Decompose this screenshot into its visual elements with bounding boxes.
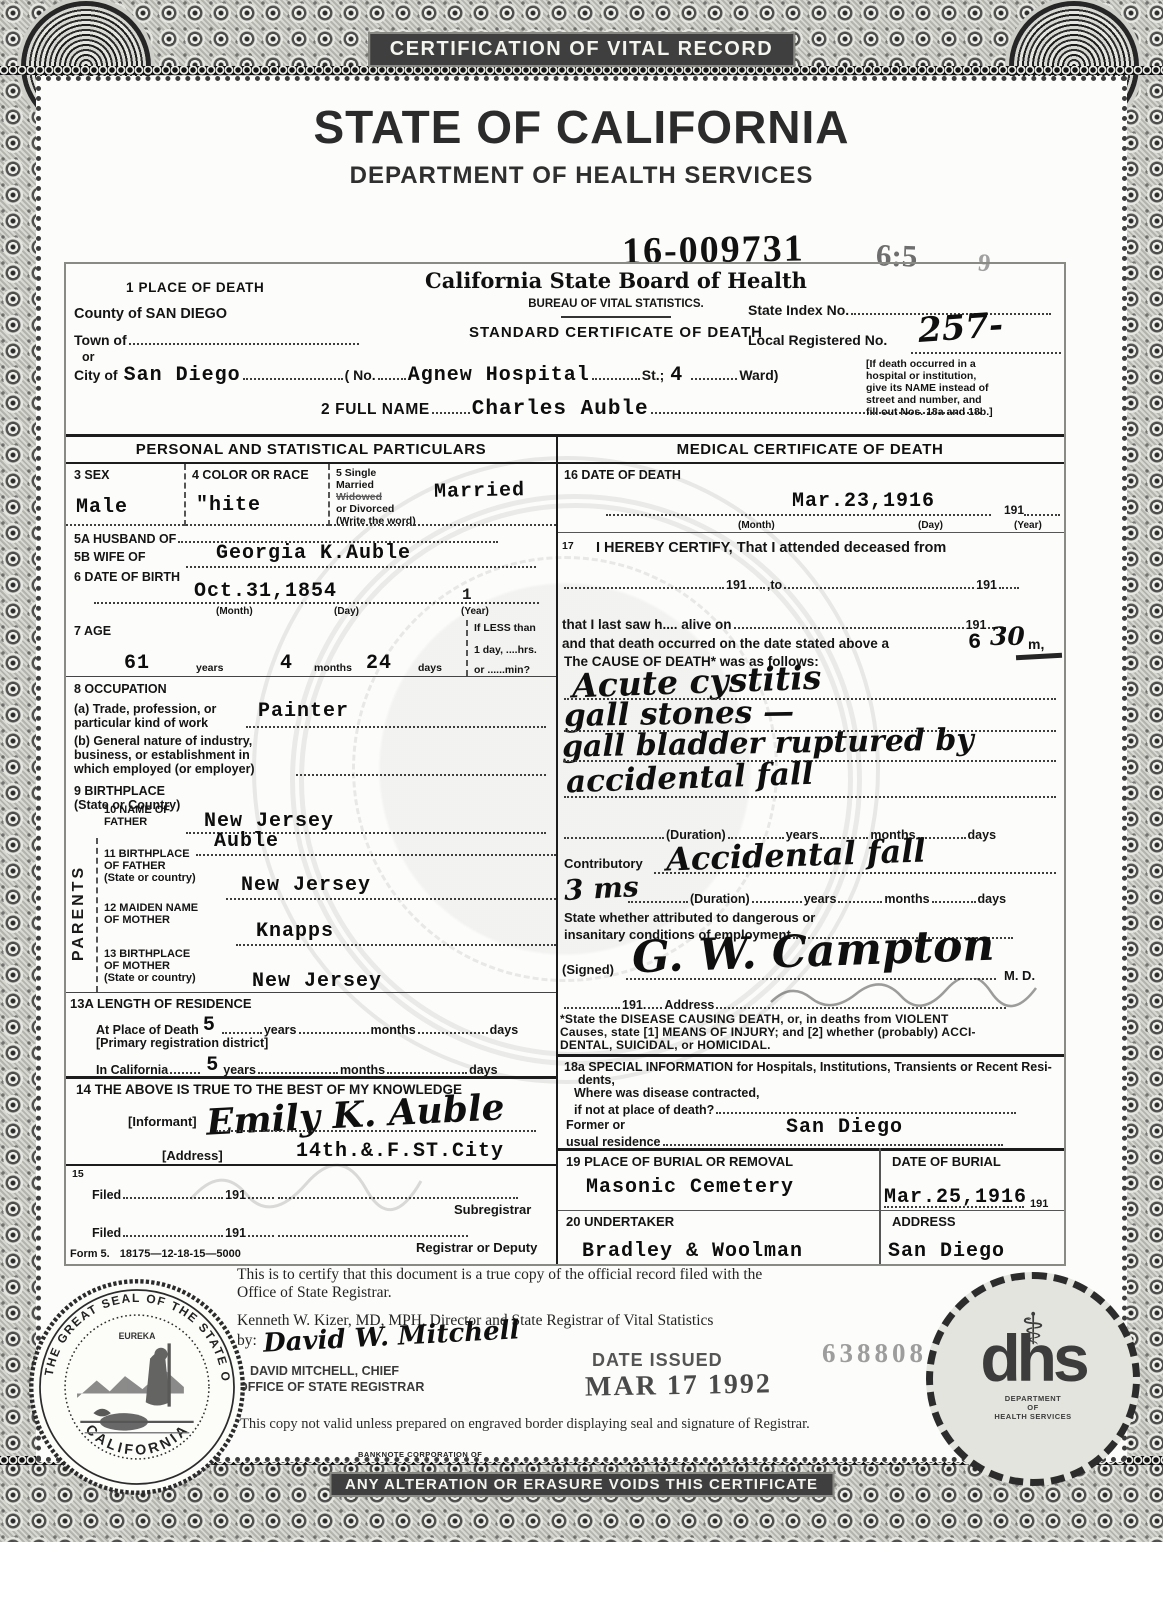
- mother-bp-label-1: 13 BIRTHPLACE: [104, 948, 196, 960]
- burial-place-label: 19 PLACE OF BURIAL OR REMOVAL: [566, 1154, 793, 1169]
- in-cal-months: months: [340, 1063, 385, 1077]
- dur2-blank0: [628, 888, 688, 903]
- burial-date-underline: [884, 1206, 1024, 1208]
- in-cal-days: days: [469, 1063, 498, 1077]
- res-blank1: [222, 1019, 262, 1034]
- state-title: STATE OF CALIFORNIA: [313, 100, 849, 154]
- undertaker-address-value: San Diego: [888, 1240, 1005, 1263]
- mother-name-label-2: OF MOTHER: [104, 914, 198, 926]
- res-blank3: [418, 1019, 488, 1034]
- primary-district-label: [Primary registration district]: [96, 1036, 268, 1050]
- form-number: Form 5.: [70, 1248, 110, 1260]
- wife-value: Georgia K.Auble: [216, 542, 411, 565]
- at-place-label: At Place of Death: [96, 1023, 199, 1037]
- dob-day-label: (Day): [334, 606, 359, 618]
- at-place-days: days: [490, 1023, 519, 1037]
- marital-option-widowed: Widowed: [336, 491, 416, 503]
- if-less-label: If LESS than: [474, 622, 536, 634]
- special-line-2: dents,: [578, 1073, 615, 1087]
- death-minute: 30: [990, 622, 1025, 651]
- last-saw-text: that I last saw h.... alive on: [562, 617, 732, 632]
- parents-vertical-label: PARENTS: [70, 838, 88, 988]
- mother-name-value: Knapps: [256, 920, 334, 943]
- no-label: ( No.: [345, 367, 376, 383]
- serial-number: 638808: [822, 1338, 927, 1369]
- column-divider: [556, 434, 558, 1264]
- footnote-line-1: *State the DISEASE CAUSING DEATH, or, in…: [560, 1012, 949, 1026]
- undertaker-rule: [558, 1210, 1064, 1211]
- attended-191a: 191: [726, 578, 747, 592]
- father-name-label-2: FATHER: [104, 816, 170, 828]
- banknote-microprint: BANKNOTE CORPORATION OF: [358, 1450, 482, 1459]
- town-blank: [129, 330, 359, 345]
- contributory-underline: [654, 872, 1056, 874]
- age-years-label: years: [196, 662, 223, 674]
- bottom-banner-text: ANY ALTERATION OR ERASURE VOIDS THIS CER…: [345, 1476, 818, 1493]
- age-months-label: months: [314, 662, 352, 674]
- parents-strip-divider: [96, 838, 98, 992]
- faint-scrawl-address: [766, 978, 1056, 1012]
- father-name-label: 10 NAME OF FATHER: [104, 804, 170, 828]
- dod-year-label: (Year): [1014, 520, 1042, 532]
- contracted-line-1: Where was disease contracted,: [574, 1086, 760, 1100]
- faint-scrawl-filed: [186, 1159, 426, 1219]
- sex-race-divider: [184, 464, 186, 526]
- father-name-value: Auble: [214, 830, 279, 853]
- dur2-blank2: [838, 888, 882, 903]
- personal-section-title: PERSONAL AND STATISTICAL PARTICULARS: [66, 441, 556, 458]
- age-row-rule: [66, 676, 556, 677]
- footer-certify-line-1: This is to certify that this document is…: [237, 1266, 762, 1284]
- signed-label: (Signed): [562, 962, 614, 977]
- ca-seal-eureka-text: EUREKA: [119, 1331, 157, 1341]
- footer-validity-line: This copy not valid unless prepared on e…: [240, 1416, 810, 1433]
- dhs-logo: dhs ⚕: [980, 1338, 1085, 1386]
- special-rule: [558, 1054, 1064, 1057]
- footer-chief-line: DAVID MITCHELL, CHIEF: [250, 1364, 399, 1378]
- age-months-value: 4: [280, 652, 293, 675]
- town-line: Town of: [74, 330, 361, 348]
- subregistrar-label: Subregistrar: [454, 1202, 531, 1217]
- mother-name-label: 12 MAIDEN NAME OF MOTHER: [104, 902, 198, 926]
- marital-options: 5 Single Married Widowed or Divorced (Wr…: [336, 467, 416, 527]
- race-value: "hite: [196, 494, 261, 517]
- no-blank: [378, 365, 406, 380]
- hospital-note-line3: give its NAME instead of: [866, 382, 1061, 394]
- city-blank: [243, 365, 343, 380]
- race-label: 4 COLOR OR RACE: [192, 468, 309, 482]
- dob-label: 6 DATE OF BIRTH: [74, 570, 180, 584]
- father-bp-value: New Jersey: [241, 874, 371, 897]
- occ-b-underline: [296, 774, 546, 776]
- in-cal-value: 5: [206, 1054, 219, 1077]
- st-number: 4: [670, 364, 683, 387]
- marital-value: Married: [434, 479, 525, 504]
- death-m-underline: [1016, 653, 1062, 660]
- mother-underline: [236, 944, 556, 946]
- dod-underline-2: [1024, 514, 1060, 516]
- mother-bp-label: 13 BIRTHPLACE OF MOTHER (State or countr…: [104, 948, 196, 984]
- duration-line-2: (Duration) years months days: [626, 888, 1006, 906]
- occ-b-line2: business, or establishment in: [74, 748, 250, 762]
- date-issued-stamp: MAR 17 1992: [585, 1368, 772, 1403]
- top-banner: CERTIFICATION OF VITAL RECORD: [368, 32, 796, 67]
- cal-blank2: [258, 1059, 338, 1074]
- informant-underline: [216, 1130, 536, 1132]
- filed-section-number: 15: [72, 1168, 84, 1180]
- occ-b-line1: (b) General nature of industry,: [74, 734, 252, 748]
- local-registered-label: Local Registered No.: [748, 332, 887, 348]
- footnote-line-3: DENTAL, SUICIDAL, or HOMICIDAL.: [560, 1038, 771, 1052]
- filed-label-2: Filed: [92, 1226, 121, 1240]
- undertaker-address-label: ADDRESS: [892, 1214, 956, 1229]
- filed-blank5: [248, 1222, 274, 1237]
- certify-statement: I HEREBY CERTIFY, That I attended deceas…: [596, 540, 946, 556]
- undertaker-value: Bradley & Woolman: [582, 1240, 803, 1263]
- sex-row-underline: [66, 524, 556, 526]
- res-blank2: [299, 1019, 369, 1034]
- duration-label-2: (Duration): [690, 892, 750, 906]
- fullname-value: Charles Auble: [472, 398, 649, 421]
- last-saw-line: that I last saw h.... alive on 191: [562, 614, 1008, 632]
- hospital-note-line1: [If death occurred in a: [866, 358, 1061, 370]
- city-label: City of: [74, 367, 118, 383]
- cause-line-4: accidental fall: [565, 756, 814, 801]
- town-label: Town of: [74, 332, 127, 348]
- marital-option-single: 5 Single: [336, 467, 416, 479]
- mother-bp-value: New Jersey: [252, 970, 382, 993]
- birthplace-label: 9 BIRTHPLACE: [74, 784, 165, 798]
- marital-option-married: Married: [336, 479, 416, 491]
- hospital-note: [If death occurred in a hospital or inst…: [866, 358, 1061, 418]
- duration-days-1: days: [968, 828, 997, 842]
- filed-blank4: [123, 1222, 223, 1237]
- filed-191-2: 191: [225, 1226, 246, 1240]
- contributory-label: Contributory: [564, 856, 643, 871]
- dur1-blank0: [564, 824, 664, 839]
- dod-label: 16 DATE OF DEATH: [564, 468, 681, 482]
- section-rule-top: [66, 434, 1064, 437]
- caduceus-icon: ⚕: [1021, 1304, 1045, 1355]
- former-line-1: Former or: [566, 1118, 625, 1132]
- st-blank: [691, 365, 737, 380]
- footer-office-line: OFFICE OF STATE REGISTRAR: [238, 1380, 424, 1394]
- occ-b-line3: which employed (or employer): [74, 762, 255, 776]
- in-cal-years: years: [223, 1063, 256, 1077]
- attended-blank1: [564, 574, 724, 589]
- occurred-text: and that death occurred on the date stat…: [562, 636, 889, 651]
- addr-blank0: [564, 994, 620, 1009]
- form-number-line: Form 5. 18175—12-18-15—5000: [70, 1248, 241, 1260]
- at-place-months: months: [371, 1023, 416, 1037]
- ward-label: Ward): [739, 367, 778, 383]
- special-line-1: 18a SPECIAL INFORMATION for Hospitals, I…: [564, 1060, 1052, 1074]
- registrar-label: Registrar or Deputy: [416, 1240, 537, 1255]
- father-bp-label-3: (State or country): [104, 872, 196, 884]
- parents-bottom-rule: [66, 992, 556, 993]
- dhs-caption-line1: DEPARTMENT: [994, 1394, 1071, 1403]
- place-of-death-label: 1 PLACE OF DEATH: [126, 280, 264, 295]
- age-days-label: days: [418, 662, 442, 674]
- or-min-label: or ......min?: [474, 664, 530, 676]
- father-bp-label-1: 11 BIRTHPLACE: [104, 848, 196, 860]
- st-label: St.;: [642, 367, 665, 383]
- informant-label: [Informant]: [128, 1114, 197, 1129]
- addr-191: 191.: [622, 998, 646, 1012]
- attended-blank4: [999, 574, 1019, 589]
- last-saw-blank: [734, 614, 964, 629]
- dod-row-rule: [558, 532, 1064, 533]
- burial-rule: [558, 1148, 1064, 1151]
- filed-label-1: Filed: [92, 1188, 121, 1202]
- city-value: San Diego: [124, 364, 241, 387]
- contracted-line-2: if not at place of death?: [574, 1099, 1018, 1117]
- age-days-value: 24: [366, 652, 392, 675]
- hospital-note-line4: street and number, and: [866, 394, 1061, 406]
- footnote-line-2: Causes, state [1] MEANS OF INJURY; and […: [560, 1025, 976, 1039]
- dod-value: Mar.23,1916: [792, 490, 935, 513]
- father-name-label-1: 10 NAME OF: [104, 804, 170, 816]
- sex-value: Male: [76, 496, 128, 519]
- undertaker-label: 20 UNDERTAKER: [566, 1214, 674, 1229]
- attended-to: ,to: [767, 578, 782, 592]
- fullname-blank1: [432, 399, 470, 414]
- city-line: City of San Diego ( No. Agnew Hospital S…: [74, 364, 778, 387]
- husband-label: 5A HUSBAND OF: [74, 532, 176, 546]
- father-underline: [196, 854, 556, 856]
- occ-a-line1: (a) Trade, profession, or: [74, 702, 216, 716]
- occupation-value: Painter: [258, 700, 349, 723]
- father-bp-underline: [226, 898, 556, 900]
- attended-blank3: [784, 574, 974, 589]
- at-place-value: 5: [203, 1014, 216, 1037]
- bead-chain-top: [0, 66, 1163, 75]
- burial-place-value: Masonic Cemetery: [586, 1176, 794, 1199]
- hospital-note-line5: fill out Nos. 18a and 18b.]: [866, 406, 1061, 418]
- dhs-caption-line2: OF: [994, 1403, 1071, 1412]
- addr-label: Address: [664, 998, 714, 1012]
- dhs-caption: DEPARTMENT OF HEALTH SERVICES: [994, 1394, 1071, 1421]
- attended-191b: 191: [976, 578, 997, 592]
- fullname-label: 2 FULL NAME: [321, 401, 430, 419]
- one-day-label: 1 day, ....hrs.: [474, 644, 537, 656]
- cal-blank3: [387, 1059, 467, 1074]
- dhs-caption-line3: HEALTH SERVICES: [994, 1412, 1071, 1421]
- race-marital-divider: [328, 464, 330, 526]
- father-bp-label-2: OF FATHER: [104, 860, 196, 872]
- department-title: DEPARTMENT OF HEALTH SERVICES: [350, 162, 814, 190]
- burial-date-label: DATE OF BURIAL: [892, 1154, 1001, 1169]
- dod-day-label: (Day): [918, 520, 943, 532]
- duration-years-2: years: [804, 892, 837, 906]
- at-place-years: years: [264, 1023, 297, 1037]
- medical-section-title: MEDICAL CERTIFICATE OF DEATH: [556, 441, 1064, 458]
- knowledge-rule: [66, 1076, 556, 1079]
- wife-label: 5B WIFE OF: [74, 550, 146, 564]
- section-rule-bottom: [66, 462, 1064, 464]
- dob-year-label: (Year): [461, 606, 489, 618]
- date-issued-label: DATE ISSUED: [592, 1350, 723, 1371]
- in-cal-label: In California: [96, 1063, 168, 1077]
- dhs-seal: dhs ⚕ DEPARTMENT OF HEALTH SERVICES: [926, 1272, 1140, 1486]
- certify-number: 17: [562, 540, 574, 552]
- hospital-note-line2: hospital or institution,: [866, 370, 1061, 382]
- or-label: or: [82, 350, 95, 364]
- father-bp-label: 11 BIRTHPLACE OF FATHER (State or countr…: [104, 848, 196, 884]
- death-m-label: m,: [1028, 636, 1044, 652]
- footer-certify-line-2: Office of State Registrar.: [237, 1284, 392, 1302]
- addr-blank1: [648, 994, 662, 1009]
- board-name: California State Board of Health: [396, 268, 836, 293]
- top-banner-text: CERTIFICATION OF VITAL RECORD: [390, 38, 774, 60]
- state-index-label: State Index No.: [748, 302, 849, 318]
- form-code: 18175—12-18-15—5000: [120, 1248, 241, 1260]
- bureau-rule: [561, 316, 671, 318]
- bottom-banner: ANY ALTERATION OR ERASURE VOIDS THIS CER…: [329, 1472, 834, 1497]
- age-label: 7 AGE: [74, 624, 111, 638]
- attended-line: 191 ,to 191: [562, 574, 1021, 592]
- form-body: 1 PLACE OF DEATH County of SAN DIEGO Tow…: [64, 262, 1066, 1266]
- former-residence-value: San Diego: [786, 1116, 903, 1139]
- filed-blank6: [278, 1222, 468, 1237]
- residence-label: 13A LENGTH OF RESIDENCE: [70, 996, 252, 1011]
- death-hour: 6: [968, 630, 982, 655]
- institution-value: Agnew Hospital: [408, 364, 590, 387]
- husband-blank: [178, 528, 498, 543]
- contracted-text-2: if not at place of death?: [574, 1103, 714, 1117]
- sex-label: 3 SEX: [74, 468, 109, 482]
- cause-underline-4: [564, 796, 1056, 798]
- burial-subdivider: [879, 1148, 881, 1264]
- filed-line-2: Filed 191: [92, 1222, 470, 1240]
- dur2-blank3: [932, 888, 976, 903]
- wife-underline: [186, 566, 536, 568]
- state-index-line: State Index No.: [748, 300, 1053, 318]
- marital-option-divorced: or Divorced: [336, 503, 416, 515]
- institution-blank: [592, 365, 640, 380]
- burial-191: 191: [1030, 1198, 1048, 1210]
- cal-blank1: [170, 1059, 200, 1074]
- occ-a-underline: [246, 726, 546, 728]
- attended-blank2: [749, 574, 765, 589]
- california-state-seal: THE GREAT SEAL OF THE STATE OF CALIFORNI…: [28, 1278, 246, 1501]
- local-registered-value: 257-: [917, 305, 1005, 351]
- dob-month-label: (Month): [216, 606, 253, 618]
- duration-months-2: months: [884, 892, 929, 906]
- former-text-2: usual residence: [566, 1135, 661, 1149]
- contracted-blank: [716, 1099, 1016, 1114]
- death-certificate-scan: CERTIFICATION OF VITAL RECORD ANY ALTERA…: [0, 0, 1163, 1600]
- mother-bp-label-3: (State or country): [104, 972, 196, 984]
- duration-days-2: days: [978, 892, 1007, 906]
- occupation-label: 8 OCCUPATION: [74, 682, 167, 696]
- dob-underline: [94, 602, 539, 604]
- dod-191: 191: [1004, 504, 1024, 516]
- dob-value: Oct.31,1854: [194, 580, 337, 603]
- age-subcell-divider: [466, 620, 468, 676]
- dod-underline-1: [606, 514, 991, 516]
- dur2-blank1: [752, 888, 802, 903]
- county-line: County of SAN DIEGO: [74, 306, 227, 322]
- occ-a-line2: particular kind of work: [74, 716, 208, 730]
- employment-line-1: State whether attributed to dangerous or: [564, 910, 815, 925]
- dod-month-label: (Month): [738, 520, 775, 532]
- mother-bp-label-2: OF MOTHER: [104, 960, 196, 972]
- mother-name-label-1: 12 MAIDEN NAME: [104, 902, 198, 914]
- local-registered-blank: [911, 352, 1061, 354]
- age-years-value: 61: [124, 652, 150, 675]
